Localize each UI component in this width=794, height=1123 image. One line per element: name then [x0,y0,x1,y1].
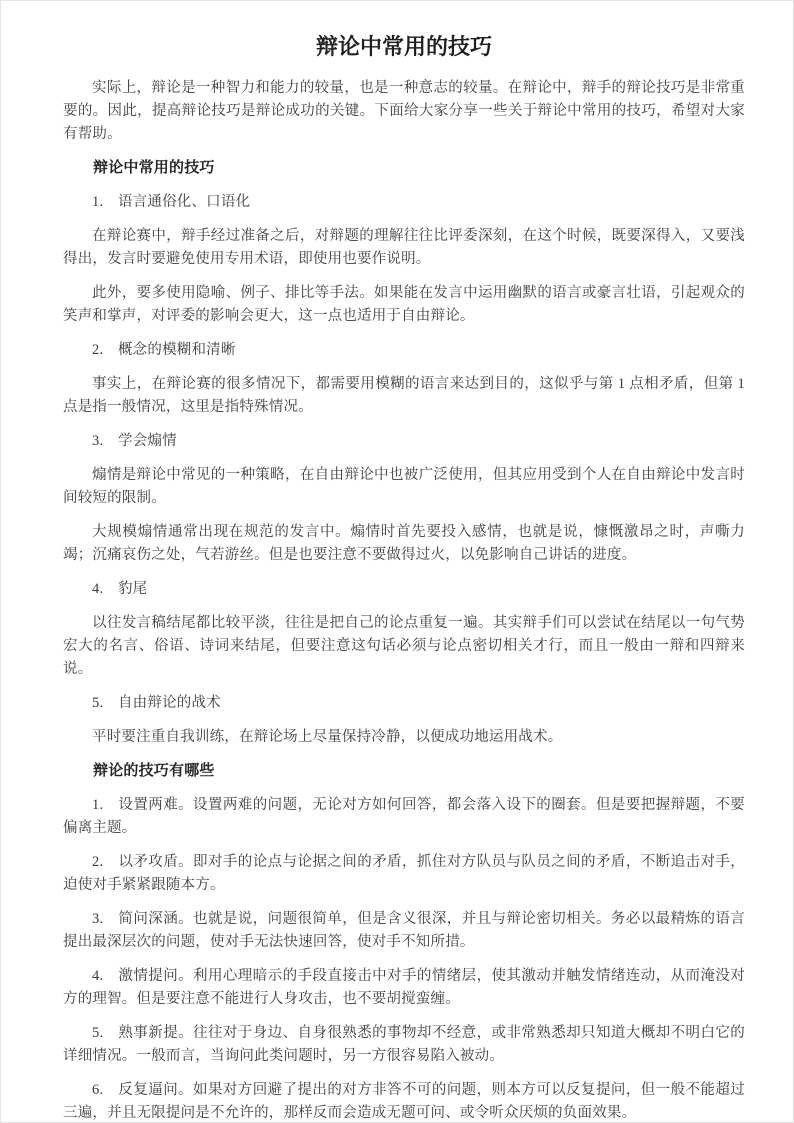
paragraph: 以往发言稿结尾都比较平淡，往往是把自己的论点重复一遍。其实辩手们可以尝试在结尾以… [63,612,745,681]
intro-paragraph: 实际上，辩论是一种智力和能力的较量，也是一种意志的较量。在辩论中，辩手的辩论技巧… [63,77,745,146]
paragraph: 事实上，在辩论赛的很多情况下，都需要用模糊的语言来达到目的，这似乎与第 1 点相… [63,373,745,419]
list-item-paragraph: 6. 反复逼问。如果对方回避了提出的对方非答不可的问题，则本方可以反复提问，但一… [63,1079,745,1123]
list-item-paragraph: 4. 激情提问。利用心理暗示的手段直接击中对手的情绪层，使其激动并触发情绪连动，… [63,965,745,1011]
paragraph: 平时要注重自我训练，在辩论场上尽量保持冷静，以便成功地运用战术。 [63,726,745,749]
numbered-heading-5: 5. 自由辩论的战术 [63,692,745,715]
section-heading-common-techniques: 辩论中常用的技巧 [63,157,745,180]
numbered-heading-4: 4. 豹尾 [63,578,745,601]
section-heading-which-techniques: 辩论的技巧有哪些 [63,760,745,783]
paragraph: 大规模煽情通常出现在规范的发言中。煽情时首先要投入感情，也就是说，慷慨激昂之时，… [63,521,745,567]
document-title: 辩论中常用的技巧 [63,32,745,62]
list-item-paragraph: 5. 熟事新提。往往对于身边、自身很熟悉的事物却不经意，或非常熟悉却只知道大概却… [63,1022,745,1068]
list-item-paragraph: 3. 简问深涵。也就是说，问题很简单，但是含义很深，并且与辩论密切相关。务必以最… [63,908,745,954]
numbered-heading-3: 3. 学会煽情 [63,430,745,453]
paragraph: 煽情是辩论中常见的一种策略，在自由辩论中也被广泛使用，但其应用受到个人在自由辩论… [63,464,745,510]
document-page: 辩论中常用的技巧 实际上，辩论是一种智力和能力的较量，也是一种意志的较量。在辩论… [0,0,794,1123]
list-item-paragraph: 1. 设置两难。设置两难的问题，无论对方如何回答，都会落入设下的圈套。但是要把握… [63,794,745,840]
paragraph: 在辩论赛中，辩手经过准备之后，对辩题的理解往往比评委深刻，在这个时候，既要深得入… [63,225,745,271]
numbered-heading-1: 1. 语言通俗化、口语化 [63,191,745,214]
list-item-paragraph: 2. 以矛攻盾。即对手的论点与论据之间的矛盾，抓住对方队员与队员之间的矛盾，不断… [63,851,745,897]
numbered-heading-2: 2. 概念的模糊和清晰 [63,339,745,362]
paragraph: 此外，要多使用隐喻、例子、排比等手法。如果能在发言中运用幽默的语言或豪言壮语，引… [63,282,745,328]
